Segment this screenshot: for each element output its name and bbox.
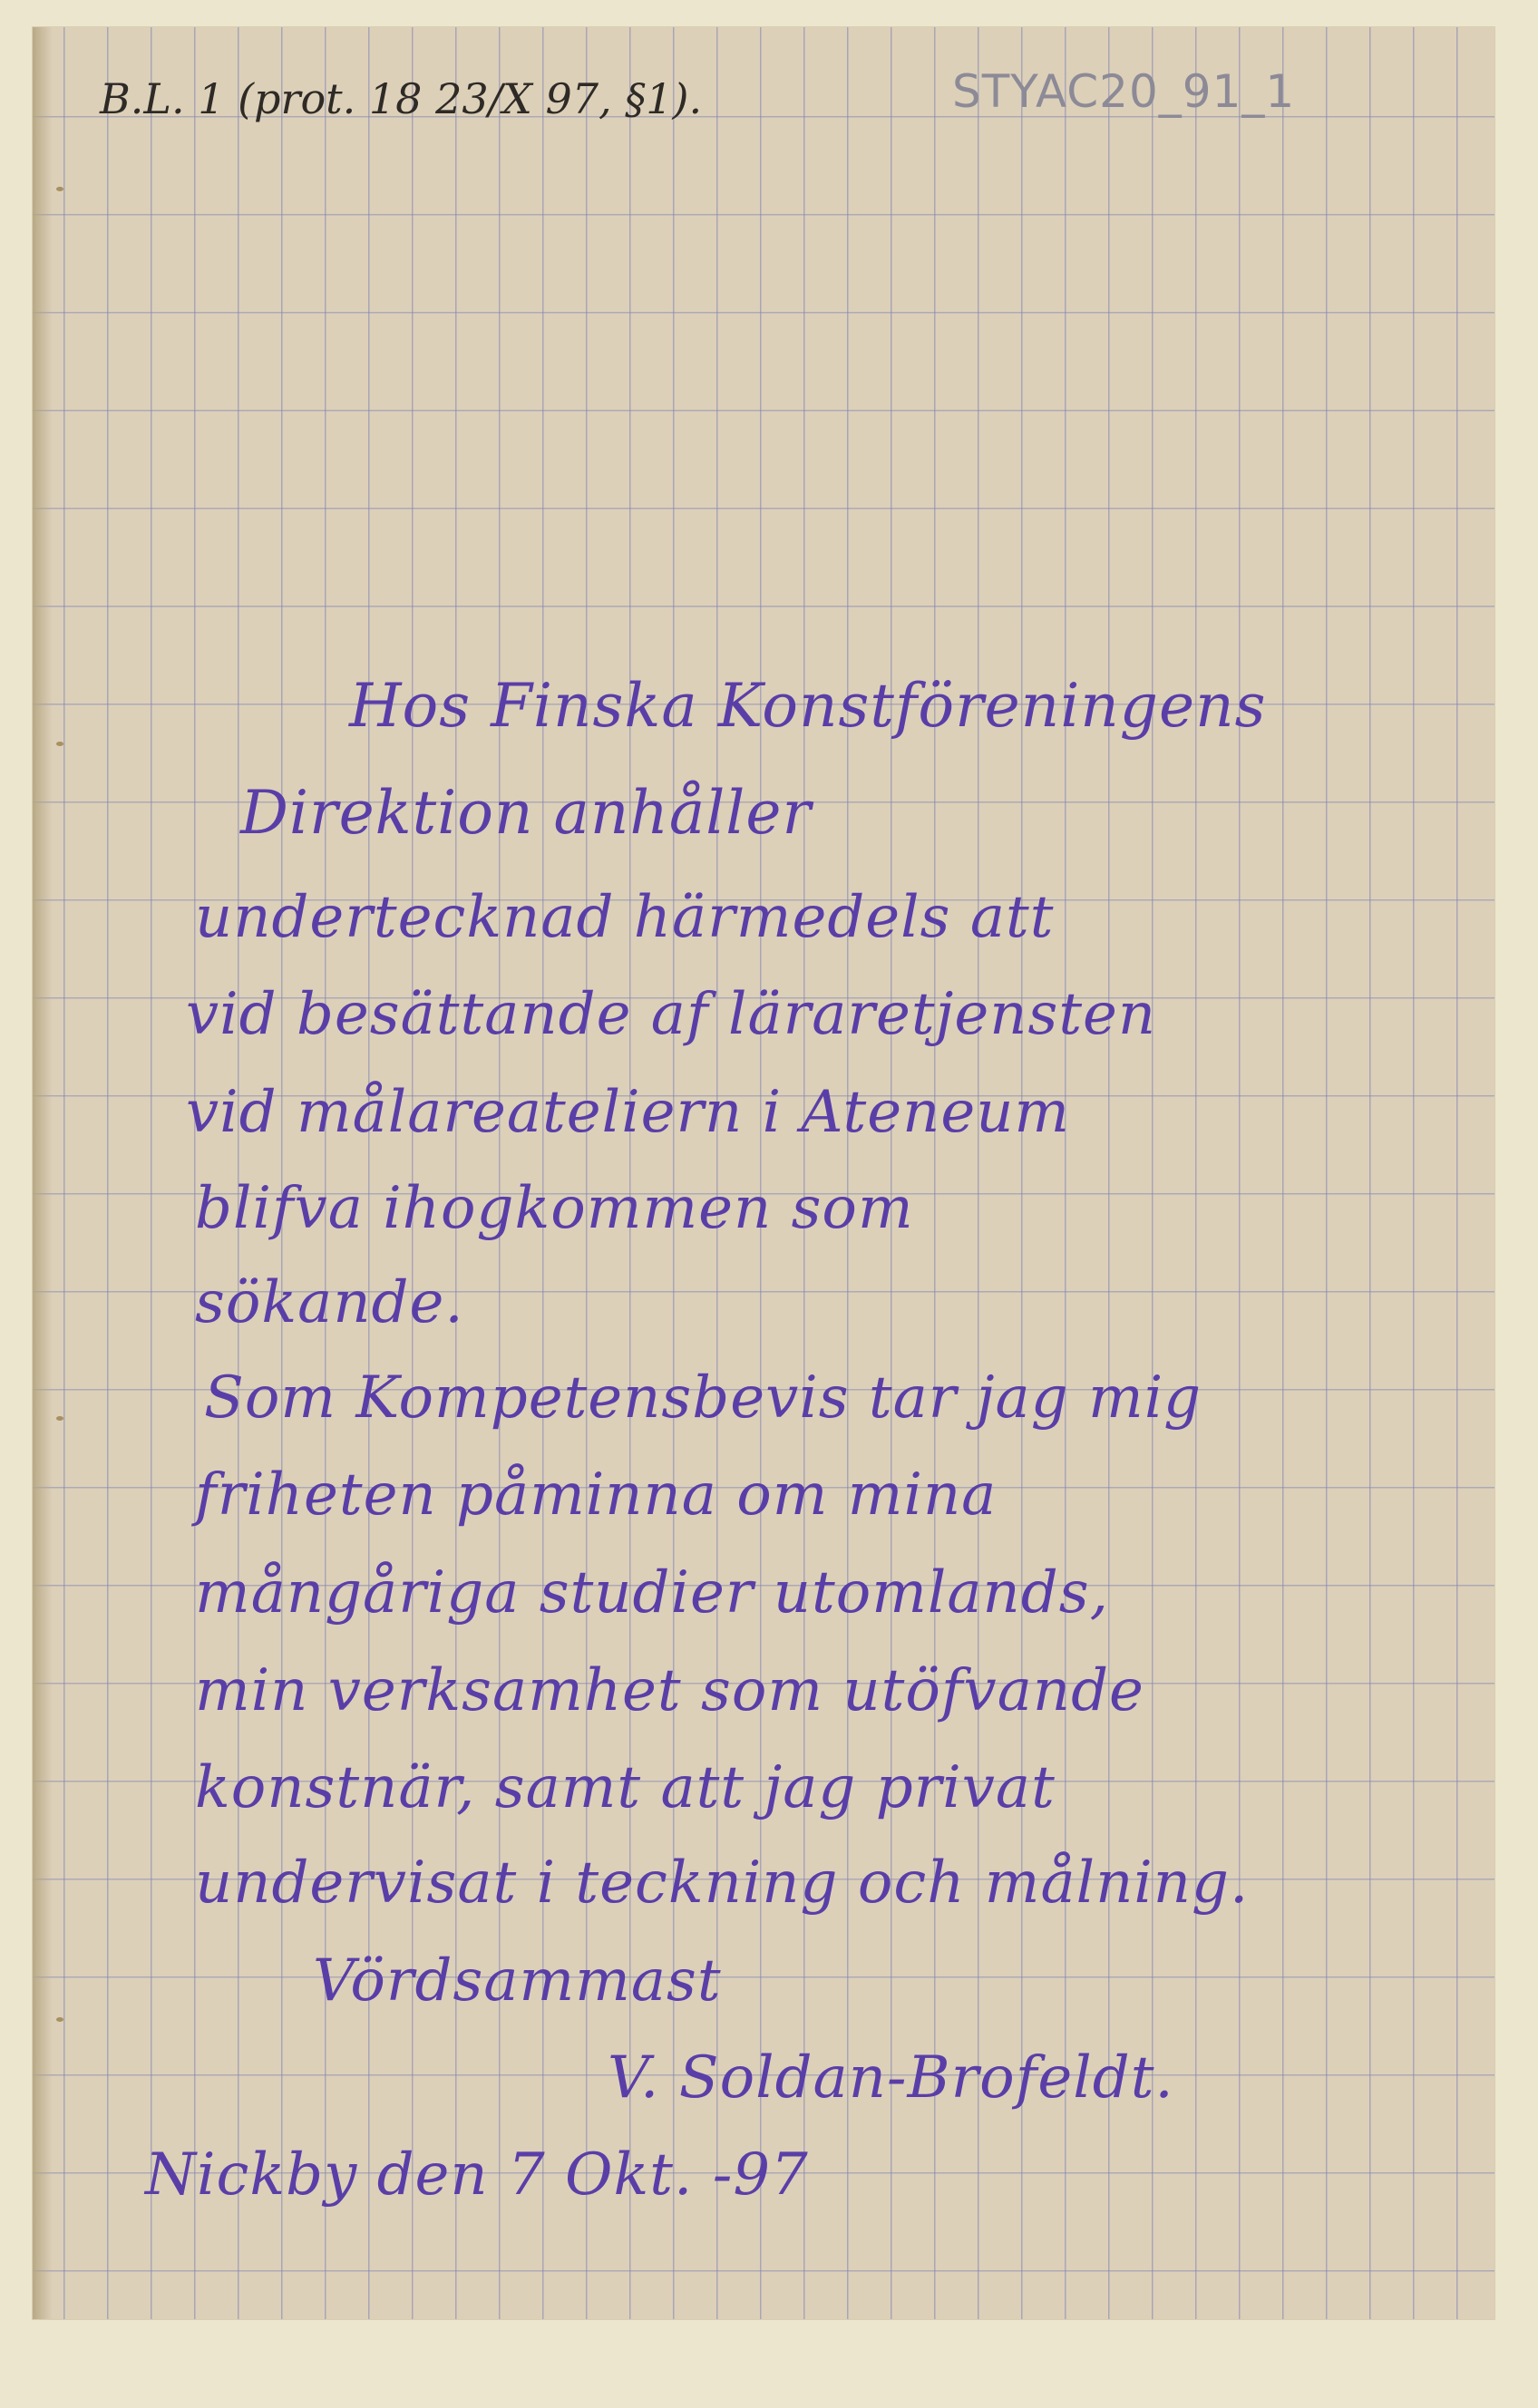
- catalog-stamp: STYAC20_91_1: [952, 65, 1295, 118]
- punch-hole-mark: [56, 1416, 63, 1421]
- letter-line: mångåriga studier utomlands,: [195, 1559, 1109, 1626]
- letter-line: vid målareateliern i Ateneum: [186, 1079, 1070, 1146]
- place-and-date: Nickby den 7 Okt. -97: [145, 2141, 809, 2209]
- letter-line: konstnär, samt att jag privat: [195, 1754, 1056, 1821]
- punch-hole-mark: [56, 187, 63, 191]
- letter-line: undertecknad härmedels att: [195, 884, 1054, 951]
- letter-line: Hos Finska Konstföreningens: [349, 671, 1267, 741]
- letter-line: friheten påminna om mina: [195, 1461, 997, 1529]
- letter-line: blifva ihogkommen som: [195, 1175, 914, 1242]
- archive-reference-note: B.L. 1 (prot. 18 23/X 97, §1).: [100, 74, 702, 123]
- letter-line: sökande.: [195, 1269, 464, 1336]
- letter-line: Direktion anhåller: [240, 778, 812, 848]
- letter-line: vid besättande af läraretjensten: [186, 981, 1156, 1048]
- letter-line: Som Kompetensbevis tar jag mig: [204, 1364, 1202, 1432]
- punch-hole-mark: [56, 742, 63, 746]
- letter-line: min verksamhet som utöfvande: [195, 1657, 1144, 1724]
- letter-sheet: [33, 27, 1494, 2319]
- letter-line: undervisat i teckning och målning.: [195, 1850, 1249, 1917]
- punch-hole-mark: [56, 2017, 63, 2022]
- signature: V. Soldan-Brofeldt.: [608, 2044, 1174, 2112]
- closing-salutation: Vördsammast: [313, 1947, 722, 2015]
